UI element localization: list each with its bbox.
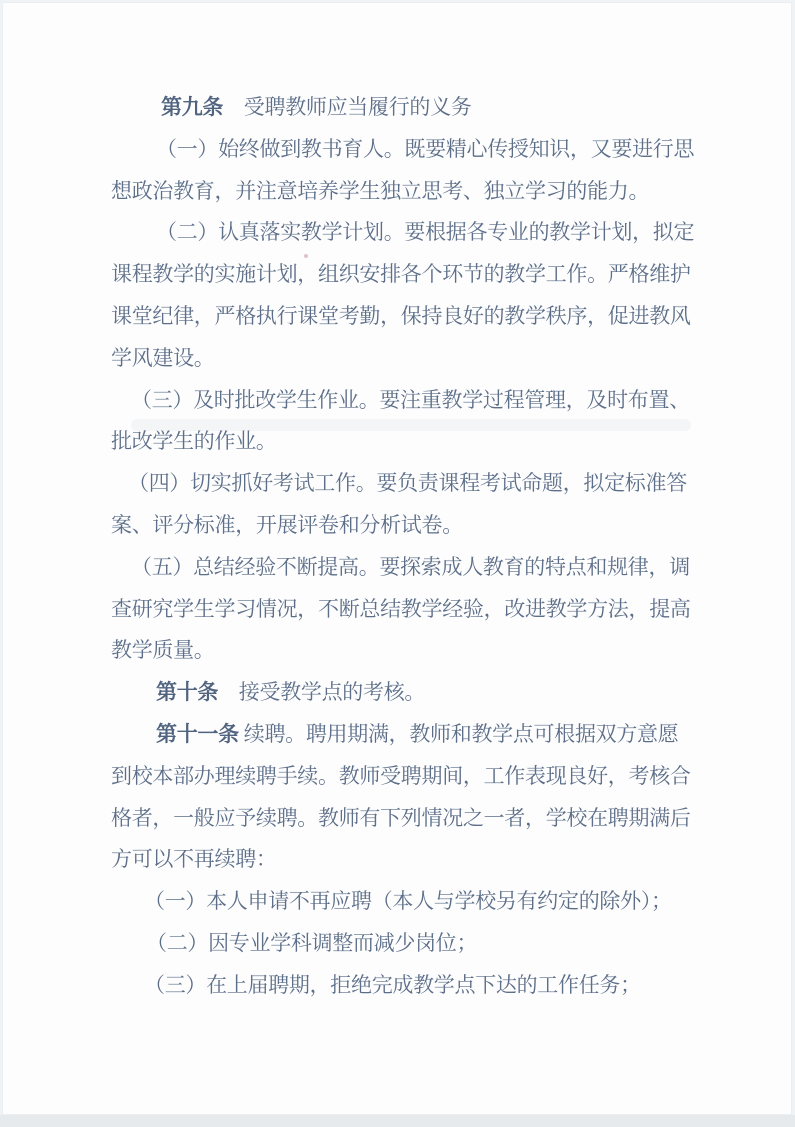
text-run: （二）认真落实教学计划。要根据各专业的教学计划，拟定 <box>156 220 694 244</box>
text-run: （五）总结经验不断提高。要探索成人教育的特点和规律，调 <box>131 555 690 579</box>
text-line: 学风建设。 <box>111 338 721 380</box>
text-line: （二）因专业学科调整而减少岗位； <box>111 923 721 965</box>
text-line: 课程教学的实施计划，组织安排各个环节的教学工作。严格维护 <box>111 254 721 296</box>
text-run: （二）因专业学科调整而减少岗位； <box>146 931 477 955</box>
text-line: 格者，一般应予续聘。教师有下列情况之一者，学校在聘期满后 <box>111 798 721 840</box>
text-run: （一）本人申请不再应聘（本人与学校另有约定的除外）； <box>144 889 672 913</box>
text-line: 第十一条 续聘。聘用期满，教师和教学点可根据双方意愿 <box>111 714 721 756</box>
article-number: 第九条 <box>161 95 223 119</box>
text-run: （三）在上届聘期，拒绝完成教学点下达的工作任务； <box>144 973 641 997</box>
text-run: 教学质量。 <box>111 638 215 662</box>
text-line: （一）本人申请不再应聘（本人与学校另有约定的除外）； <box>111 881 721 923</box>
text-run: 想政治教育，并注意培养学生独立思考、独立学习的能力。 <box>111 179 649 203</box>
text-run: 查研究学生学习情况，不断总结教学经验，改进教学方法，提高 <box>111 597 691 621</box>
text-run: 接受教学点的考核。 <box>218 680 425 704</box>
text-line: （三）在上届聘期，拒绝完成教学点下达的工作任务； <box>111 965 721 1007</box>
text-run: 学风建设。 <box>111 346 215 370</box>
text-line: 方可以不再续聘： <box>111 839 721 881</box>
text-run: （三）及时批改学生作业。要注重教学过程管理，及时布置、 <box>131 388 690 412</box>
text-run: （一）始终做到教书育人。既要精心传授知识，又要进行思 <box>156 137 694 161</box>
text-run: 课堂纪律，严格执行课堂考勤，保持良好的教学秩序，促进教风 <box>111 304 691 328</box>
text-line: 查研究学生学习情况，不断总结教学经验，改进教学方法，提高 <box>111 589 721 631</box>
text-run: 案、评分标准，开展评卷和分析试卷。 <box>111 513 463 537</box>
text-line: （三）及时批改学生作业。要注重教学过程管理，及时布置、 <box>111 380 721 422</box>
text-line: 教学质量。 <box>111 630 721 672</box>
scan-edge-bottom <box>0 1115 795 1127</box>
text-line: （一）始终做到教书育人。既要精心传授知识，又要进行思 <box>111 129 721 171</box>
text-run: 课程教学的实施计划，组织安排各个环节的教学工作。严格维护 <box>111 262 691 286</box>
text-line: 第九条 受聘教师应当履行的义务 <box>111 87 721 129</box>
text-run: 格者，一般应予续聘。教师有下列情况之一者，学校在聘期满后 <box>111 806 691 830</box>
scanned-document-page: 第九条 受聘教师应当履行的义务（一）始终做到教书育人。既要精心传授知识，又要进行… <box>2 2 792 1115</box>
text-run: 方可以不再续聘： <box>111 847 277 871</box>
text-line: 想政治教育，并注意培养学生独立思考、独立学习的能力。 <box>111 171 721 213</box>
document-text: 第九条 受聘教师应当履行的义务（一）始终做到教书育人。既要精心传授知识，又要进行… <box>111 87 721 1007</box>
text-line: （四）切实抓好考试工作。要负责课程考试命题，拟定标准答 <box>111 463 721 505</box>
text-run: （四）切实抓好考试工作。要负责课程考试命题，拟定标准答 <box>128 471 687 495</box>
text-run: 到校本部办理续聘手续。教师受聘期间，工作表现良好，考核合 <box>111 764 691 788</box>
article-number: 第十一条 <box>156 722 239 746</box>
text-line: 到校本部办理续聘手续。教师受聘期间，工作表现良好，考核合 <box>111 756 721 798</box>
text-line: 第十条 接受教学点的考核。 <box>111 672 721 714</box>
text-line: 案、评分标准，开展评卷和分析试卷。 <box>111 505 721 547</box>
text-run: 受聘教师应当履行的义务 <box>223 95 471 119</box>
text-run: 续聘。聘用期满，教师和教学点可根据双方意愿 <box>239 722 679 746</box>
text-line: 批改学生的作业。 <box>111 421 721 463</box>
text-line: （二）认真落实教学计划。要根据各专业的教学计划，拟定 <box>111 212 721 254</box>
text-run: 批改学生的作业。 <box>111 429 277 453</box>
text-line: 课堂纪律，严格执行课堂考勤，保持良好的教学秩序，促进教风 <box>111 296 721 338</box>
article-number: 第十条 <box>156 680 218 704</box>
text-line: （五）总结经验不断提高。要探索成人教育的特点和规律，调 <box>111 547 721 589</box>
